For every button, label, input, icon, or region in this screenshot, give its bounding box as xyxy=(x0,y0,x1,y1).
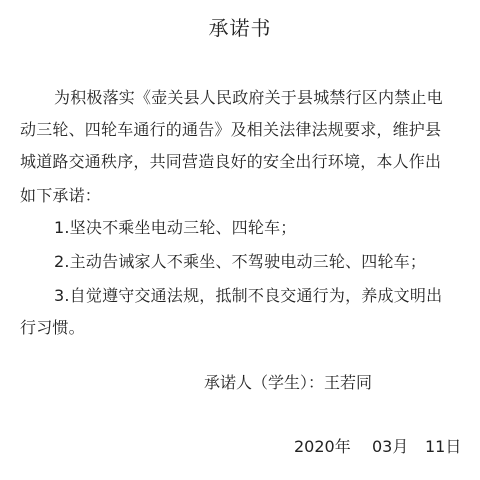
signer-line: 承诺人（学生）：王若同 xyxy=(204,370,372,393)
pledge-item-3: 3.自觉遵守交通法规，抵制不良交通行为，养成文明出 xyxy=(54,286,442,306)
pledge-item-2: 2.主动告诫家人不乘坐、不驾驶电动三轮、四轮车； xyxy=(54,252,426,272)
paragraph-line-4: 如下承诺： xyxy=(20,186,101,206)
date-year: 2020年 xyxy=(294,434,351,457)
paragraph-line-3: 城道路交通秩序，共同营造良好的安全出行环境，本人作出 xyxy=(20,152,441,172)
paragraph-line-1: 为积极落实《壶关县人民政府关于县城禁行区内禁止电 xyxy=(54,88,443,108)
date-day: 11日 xyxy=(425,434,461,457)
signer-name: 王若同 xyxy=(324,373,372,392)
signer-label: 承诺人（学生）： xyxy=(204,373,324,392)
document-title: 承诺书 xyxy=(0,12,480,41)
pledge-item-1: 1.坚决不乘坐电动三轮、四轮车； xyxy=(54,218,296,238)
paragraph-line-2: 动三轮、四轮车通行的通告》及相关法律法规要求，维护县 xyxy=(20,120,441,140)
pledge-item-3-continuation: 行习惯。 xyxy=(20,318,85,338)
date-month: 03月 xyxy=(372,434,408,457)
